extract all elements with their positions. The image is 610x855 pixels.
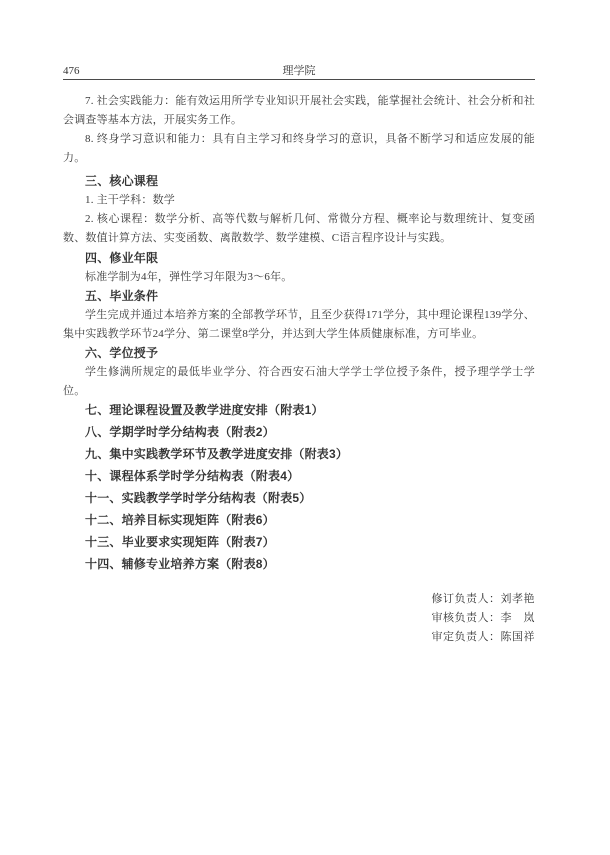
section-heading-core-courses: 三、核心课程 — [63, 172, 535, 191]
section-heading-degree-conferral: 六、学位授予 — [63, 344, 535, 363]
section-heading-study-duration: 四、修业年限 — [63, 249, 535, 268]
item-core-course-list: 2. 核心课程：数学分析、高等代数与解析几何、常微分方程、概率论与数理统计、复变… — [63, 210, 535, 248]
appendix-item-training-goal-matrix: 十二、培养目标实现矩阵（附表6） — [63, 511, 535, 530]
paragraph-social-practice-ability: 7. 社会实践能力：能有效运用所学专业知识开展社会实践，能掌握社会统计、社会分析… — [63, 92, 535, 130]
header-title: 理学院 — [283, 65, 316, 77]
appendix-item-course-system-structure: 十、课程体系学时学分结构表（附表4） — [63, 467, 535, 486]
document-content: 7. 社会实践能力：能有效运用所学专业知识开展社会实践，能掌握社会统计、社会分析… — [63, 92, 535, 647]
section-heading-graduation-requirements: 五、毕业条件 — [63, 287, 535, 306]
text-study-duration: 标准学制为4年，弹性学习年限为3～6年。 — [63, 268, 535, 287]
appendix-item-theory-course-schedule: 七、理论课程设置及教学进度安排（附表1） — [63, 401, 535, 420]
signature-block: 修订负责人：刘孝艳 审核负责人：李 岚 审定负责人：陈国祥 — [63, 590, 535, 647]
document-page: 476 理学院 7. 社会实践能力：能有效运用所学专业知识开展社会实践，能掌握社… — [0, 0, 610, 855]
appendix-item-practice-credit-structure: 十一、实践教学学时学分结构表（附表5） — [63, 489, 535, 508]
item-major-discipline: 1. 主干学科：数学 — [63, 191, 535, 210]
appendix-item-semester-credit-structure: 八、学期学时学分结构表（附表2） — [63, 423, 535, 442]
appendix-item-graduation-requirement-matrix: 十三、毕业要求实现矩阵（附表7） — [63, 533, 535, 552]
signature-line-revision: 修订负责人：刘孝艳 — [63, 590, 535, 609]
page-number: 476 — [63, 64, 80, 78]
text-degree-conferral: 学生修满所规定的最低毕业学分、符合西安石油大学学士学位授予条件，授予理学学士学位… — [63, 363, 535, 401]
appendix-item-minor-program-plan: 十四、辅修专业培养方案（附表8） — [63, 555, 535, 574]
paragraph-lifelong-learning-ability: 8. 终身学习意识和能力：具有自主学习和终身学习的意识，具备不断学习和适应发展的… — [63, 130, 535, 168]
text-graduation-requirements: 学生完成并通过本培养方案的全部教学环节，且至少获得171学分，其中理论课程139… — [63, 306, 535, 344]
page-header: 476 理学院 — [63, 64, 535, 80]
signature-line-approval: 审定负责人：陈国祥 — [63, 628, 535, 647]
appendix-item-practice-teaching-schedule: 九、集中实践教学环节及教学进度安排（附表3） — [63, 445, 535, 464]
signature-line-review: 审核负责人：李 岚 — [63, 609, 535, 628]
